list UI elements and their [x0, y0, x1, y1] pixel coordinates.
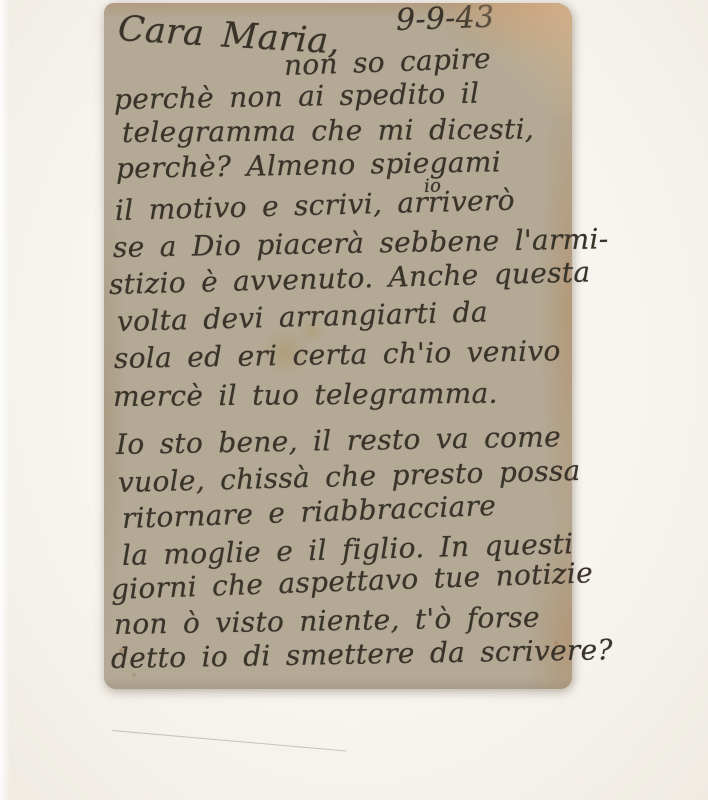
letter-line: perchè? Almeno spiegami: [116, 145, 502, 185]
letter-line: volta devi arrangiarti da: [117, 295, 489, 338]
letter-line: il motivo e scrivi, arriverò: [115, 184, 516, 227]
letter-date: 9-9-43: [395, 0, 495, 38]
letter-line: sola ed eri certa ch'io venivo: [114, 334, 561, 375]
letter-line: perchè non ai spedito il: [114, 77, 480, 116]
letter-line: telegramma che mi dicesti,: [122, 112, 534, 149]
scanned-postcard-background: 9-9-43 Cara Maria, io non so capire perc…: [0, 0, 708, 800]
background-crease-line: [112, 730, 346, 751]
letter-line: mercè il tuo telegramma.: [113, 377, 498, 413]
scanner-edge-highlight: [0, 0, 10, 800]
letter-line: vuole, chissà che presto possa: [118, 454, 581, 499]
letter-line: Io sto bene, il resto va come: [116, 420, 562, 461]
postcard: 9-9-43 Cara Maria, io non so capire perc…: [104, 3, 572, 689]
